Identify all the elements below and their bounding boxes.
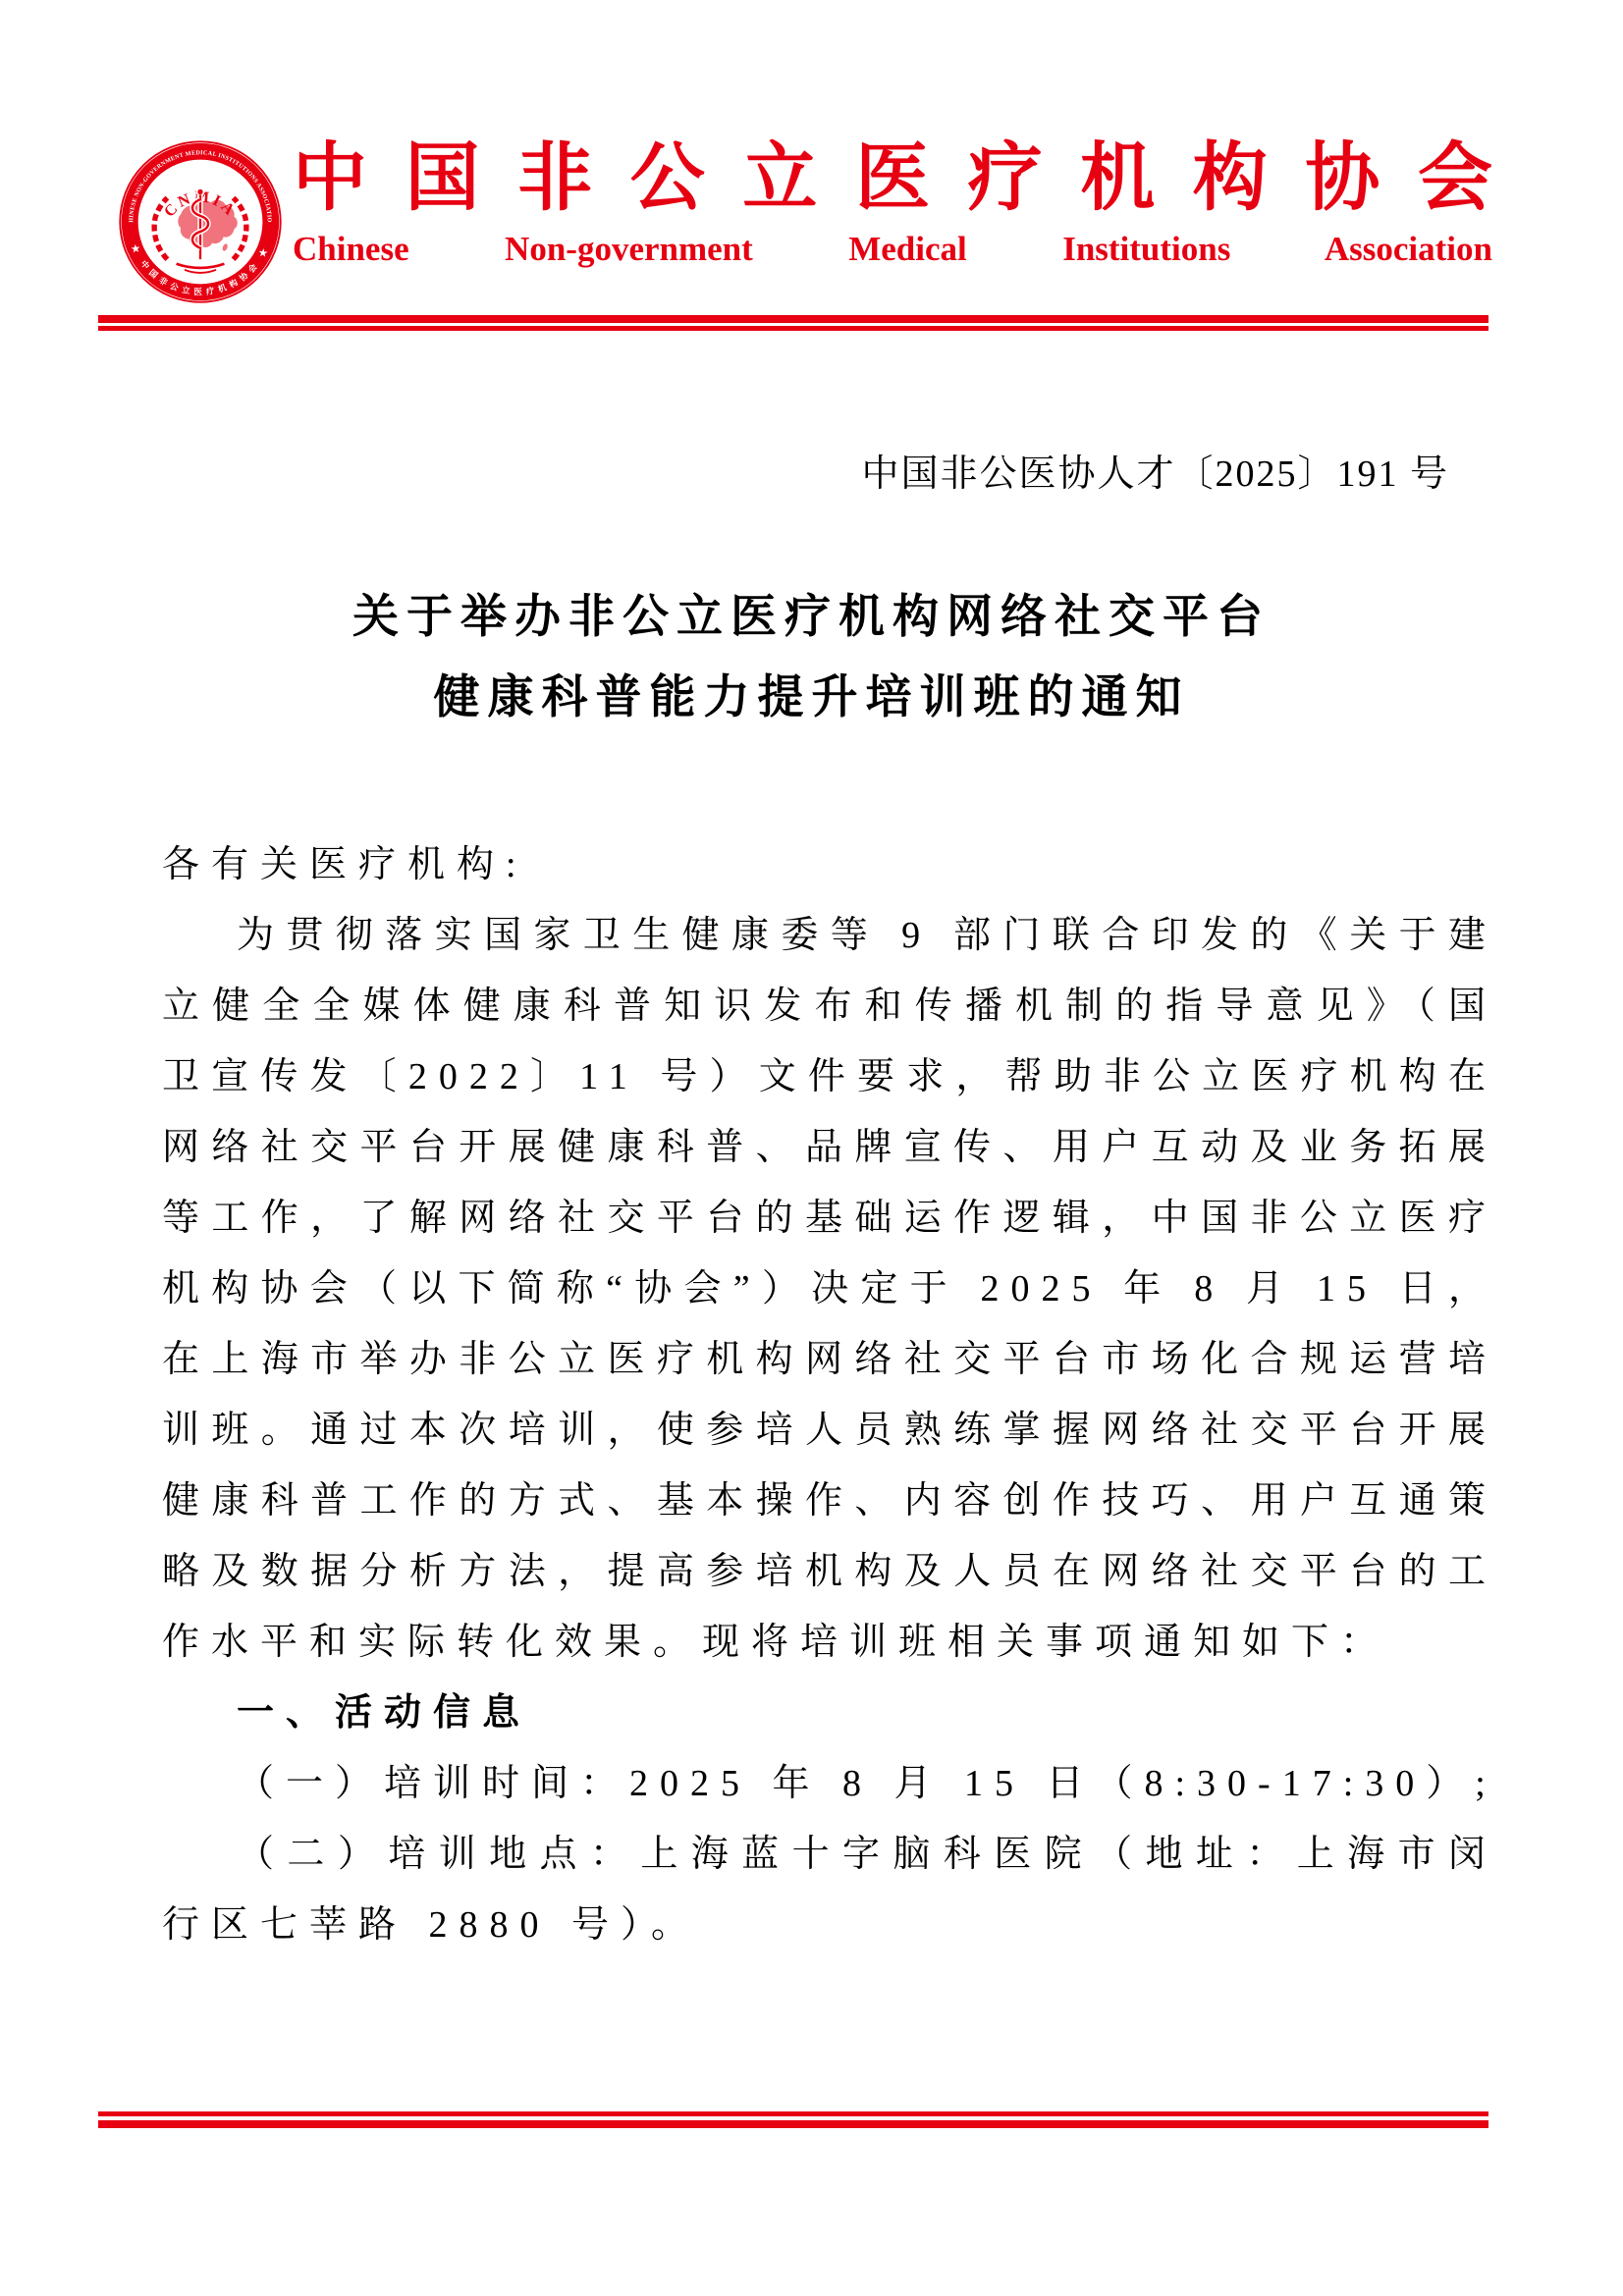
section-heading-1: 一、活动信息 xyxy=(162,1678,1497,1748)
document-body: 各有关医疗机构: 为贯彻落实国家卫生健康委等 9 部门联合印发的《关于建立健全全… xyxy=(162,829,1497,1960)
document-title-line1: 关于举办非公立医疗机构网络社交平台 xyxy=(352,592,1271,643)
document-number: 中国非公医协人才〔2025〕191 号 xyxy=(98,447,1449,502)
document-title: 关于举办非公立医疗机构网络社交平台 健康科普能力提升培训班的通知 xyxy=(0,577,1623,738)
letterhead-text: 中国非公立医疗机构协会 Chinese Non-government Medic… xyxy=(293,137,1492,269)
cnmia-seal-logo: CHINESE NON-GOVERNMENT MEDICAL INSTITUTI… xyxy=(118,139,283,304)
list-item-training-location: （二）培训地点：上海蓝十字脑科医院（地址：上海市闵行区七莘路 2880 号）。 xyxy=(162,1819,1497,1960)
org-name-chinese: 中国非公立医疗机构协会 xyxy=(293,137,1492,220)
org-name-english: Chinese Non-government Medical Instituti… xyxy=(293,230,1492,269)
footer-rule-thin xyxy=(98,2111,1488,2116)
letterhead: CHINESE NON-GOVERNMENT MEDICAL INSTITUTI… xyxy=(118,137,1492,304)
header-rule-thick xyxy=(98,315,1488,323)
footer-rule-thick xyxy=(98,2120,1488,2128)
header-rule-thin xyxy=(98,326,1488,331)
salutation: 各有关医疗机构: xyxy=(162,829,1497,900)
document-title-line2: 健康科普能力提升培训班的通知 xyxy=(434,672,1190,723)
notice-document-page: CHINESE NON-GOVERNMENT MEDICAL INSTITUTI… xyxy=(0,0,1623,2296)
list-item-training-time: （一）培训时间：2025 年 8 月 15 日（8:30-17:30）; xyxy=(162,1748,1497,1819)
body-paragraph-1: 为贯彻落实国家卫生健康委等 9 部门联合印发的《关于建立健全全媒体健康科普知识发… xyxy=(162,900,1497,1678)
